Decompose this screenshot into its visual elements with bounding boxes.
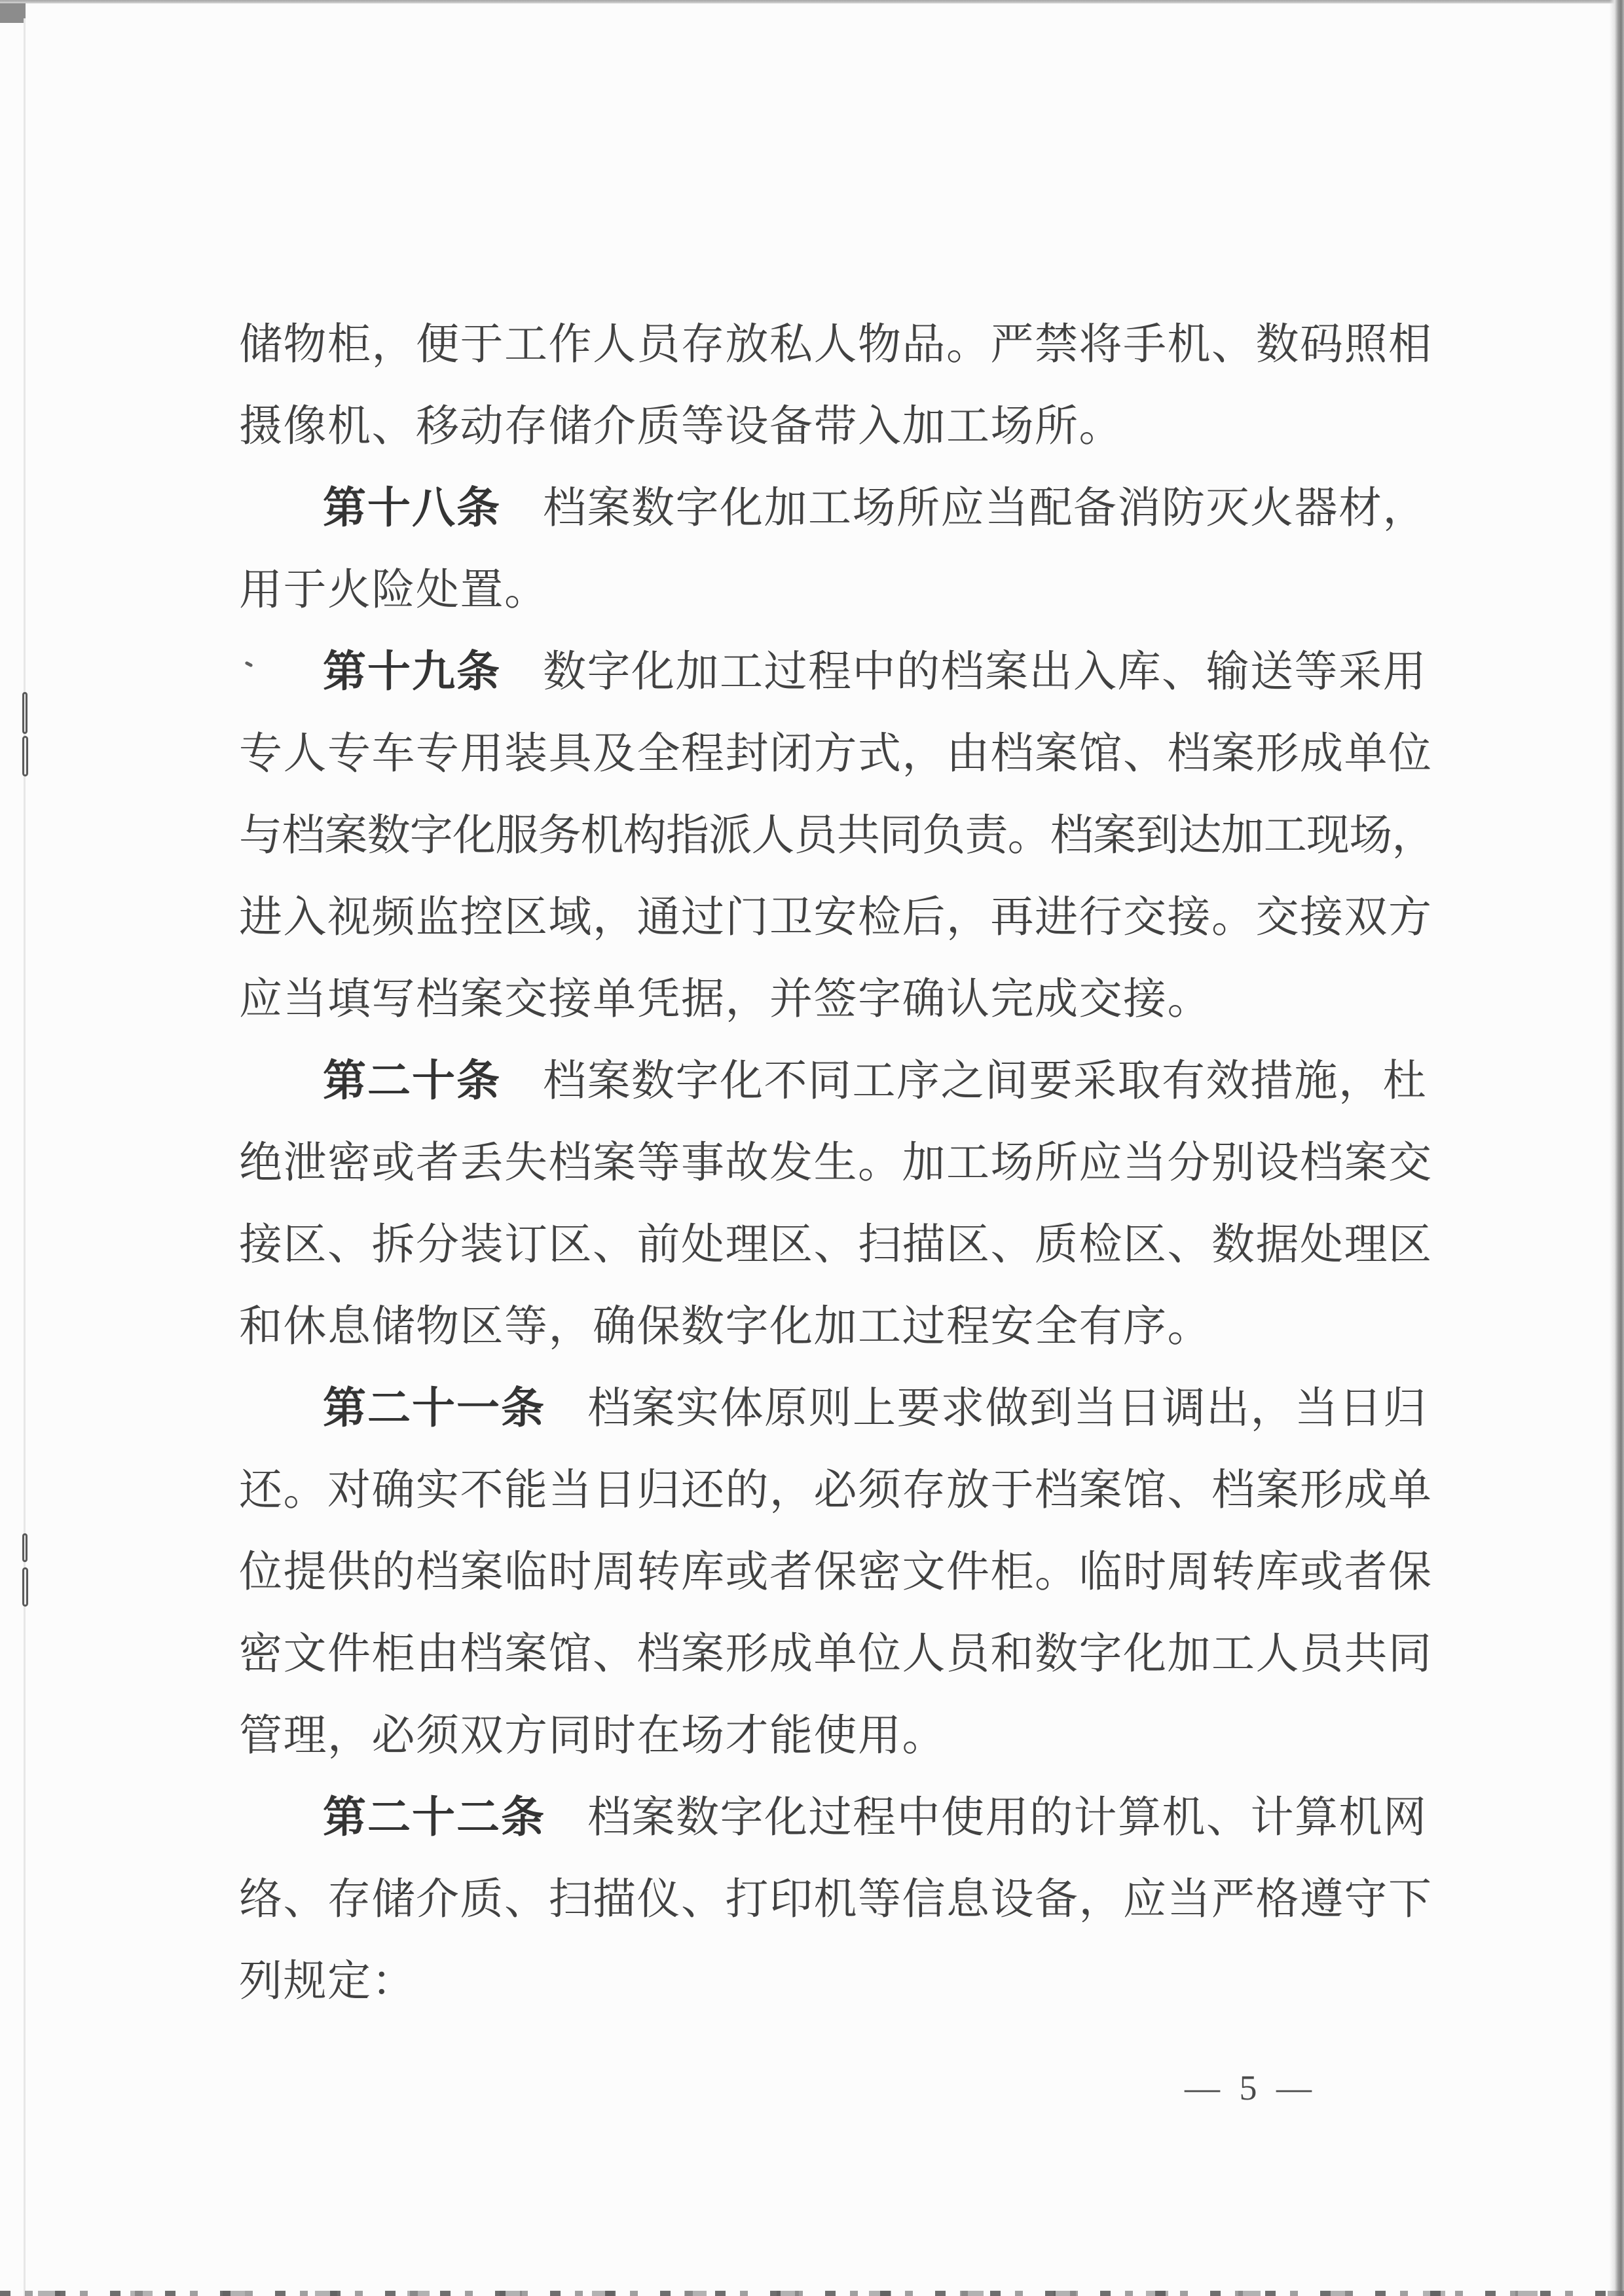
ink-speck	[245, 661, 253, 667]
scan-corner-mark	[0, 3, 26, 23]
line-text: 位提供的档案临时周转库或者保密文件柜。临时周转库或者保	[239, 1548, 1433, 1596]
text-line: 位提供的档案临时周转库或者保密文件柜。临时周转库或者保	[239, 1549, 1433, 1596]
text-line: 接区、拆分装订区、前处理区、扫描区、质检区、数据处理区	[239, 1222, 1433, 1269]
article-number: 第二十条	[323, 1057, 501, 1105]
text-line: 摄像机、移动存储介质等设备带入加工场所。	[239, 403, 1123, 450]
staple-mark	[22, 736, 28, 776]
line-text: 管理，必须双方同时在场才能使用。	[239, 1712, 946, 1760]
text-line: 进入视频监控区域，通过门卫安检后，再进行交接。交接双方	[239, 894, 1433, 941]
line-text: 用于火险处置。	[239, 566, 549, 614]
article-number: 第十九条	[323, 648, 501, 696]
line-text: 与档案数字化服务机构指派人员共同负责。档案到达加工现场，	[239, 812, 1435, 860]
page-number: — 5 —	[1172, 2068, 1329, 2108]
line-text: 列规定：	[239, 1958, 416, 2005]
text-line: 用于火险处置。	[239, 567, 549, 614]
line-text: 进入视频监控区域，通过门卫安检后，再进行交接。交接双方	[239, 894, 1433, 941]
line-text: 还。对确实不能当日归还的，必须存放于档案馆、档案形成单	[239, 1467, 1433, 1514]
line-text: 绝泄密或者丢失档案等事故发生。加工场所应当分别设档案交	[239, 1139, 1433, 1187]
line-text: 档案数字化过程中使用的计算机、计算机网	[587, 1794, 1428, 1842]
page-fold-line	[24, 18, 26, 2296]
line-text: 摄像机、移动存储介质等设备带入加工场所。	[239, 403, 1123, 450]
line-text: 档案实体原则上要求做到当日调出，当日归	[587, 1385, 1428, 1432]
scan-bottom-noise	[0, 2291, 1624, 2296]
line-text: 专人专车专用装具及全程封闭方式，由档案馆、档案形成单位	[239, 730, 1433, 778]
scan-top-edge	[0, 0, 1624, 4]
text-line: 第十九条数字化加工过程中的档案出入库、输送等采用	[323, 649, 1427, 696]
staple-mark	[22, 692, 28, 734]
text-line: 列规定：	[239, 1958, 416, 2005]
line-text: 接区、拆分装订区、前处理区、扫描区、质检区、数据处理区	[239, 1221, 1433, 1269]
page-edge-shadow	[1610, 0, 1624, 2296]
line-text: 和休息储物区等，确保数字化加工过程安全有序。	[239, 1303, 1211, 1351]
text-line: 应当填写档案交接单凭据，并签字确认完成交接。	[239, 976, 1211, 1023]
article-number: 第十八条	[323, 484, 501, 532]
staple-mark	[22, 1533, 28, 1562]
line-text: 档案数字化加工场所应当配备消防灭火器材，	[543, 484, 1427, 532]
text-line: 密文件柜由档案馆、档案形成单位人员和数字化加工人员共同	[239, 1631, 1433, 1678]
text-line: 第十八条档案数字化加工场所应当配备消防灭火器材，	[323, 485, 1427, 532]
line-text: 档案数字化不同工序之间要采取有效措施，杜	[543, 1057, 1427, 1105]
text-line: 管理，必须双方同时在场才能使用。	[239, 1713, 946, 1760]
text-line: 第二十一条档案实体原则上要求做到当日调出，当日归	[323, 1385, 1428, 1432]
line-text: 密文件柜由档案馆、档案形成单位人员和数字化加工人员共同	[239, 1630, 1433, 1678]
text-line: 储物柜，便于工作人员存放私人物品。严禁将手机、数码照相	[239, 321, 1433, 369]
text-line: 和休息储物区等，确保数字化加工过程安全有序。	[239, 1303, 1211, 1351]
article-number: 第二十二条	[323, 1794, 545, 1842]
line-text: 应当填写档案交接单凭据，并签字确认完成交接。	[239, 975, 1211, 1023]
text-line: 第二十条档案数字化不同工序之间要采取有效措施，杜	[323, 1058, 1427, 1105]
staple-mark	[22, 1567, 28, 1607]
text-line: 专人专车专用装具及全程封闭方式，由档案馆、档案形成单位	[239, 731, 1433, 778]
text-line: 与档案数字化服务机构指派人员共同负责。档案到达加工现场，	[239, 812, 1435, 860]
text-line: 还。对确实不能当日归还的，必须存放于档案馆、档案形成单	[239, 1467, 1433, 1514]
scanned-document-page: { "document": { "page_number": "— 5 —", …	[0, 0, 1624, 2296]
text-line: 第二十二条档案数字化过程中使用的计算机、计算机网	[323, 1795, 1428, 1842]
line-text: 络、存储介质、扫描仪、打印机等信息设备，应当严格遵守下	[239, 1876, 1433, 1923]
text-line: 绝泄密或者丢失档案等事故发生。加工场所应当分别设档案交	[239, 1140, 1433, 1187]
article-number: 第二十一条	[323, 1385, 545, 1432]
line-text: 数字化加工过程中的档案出入库、输送等采用	[543, 648, 1427, 696]
line-text: 储物柜，便于工作人员存放私人物品。严禁将手机、数码照相	[239, 321, 1433, 369]
text-line: 络、存储介质、扫描仪、打印机等信息设备，应当严格遵守下	[239, 1876, 1433, 1923]
